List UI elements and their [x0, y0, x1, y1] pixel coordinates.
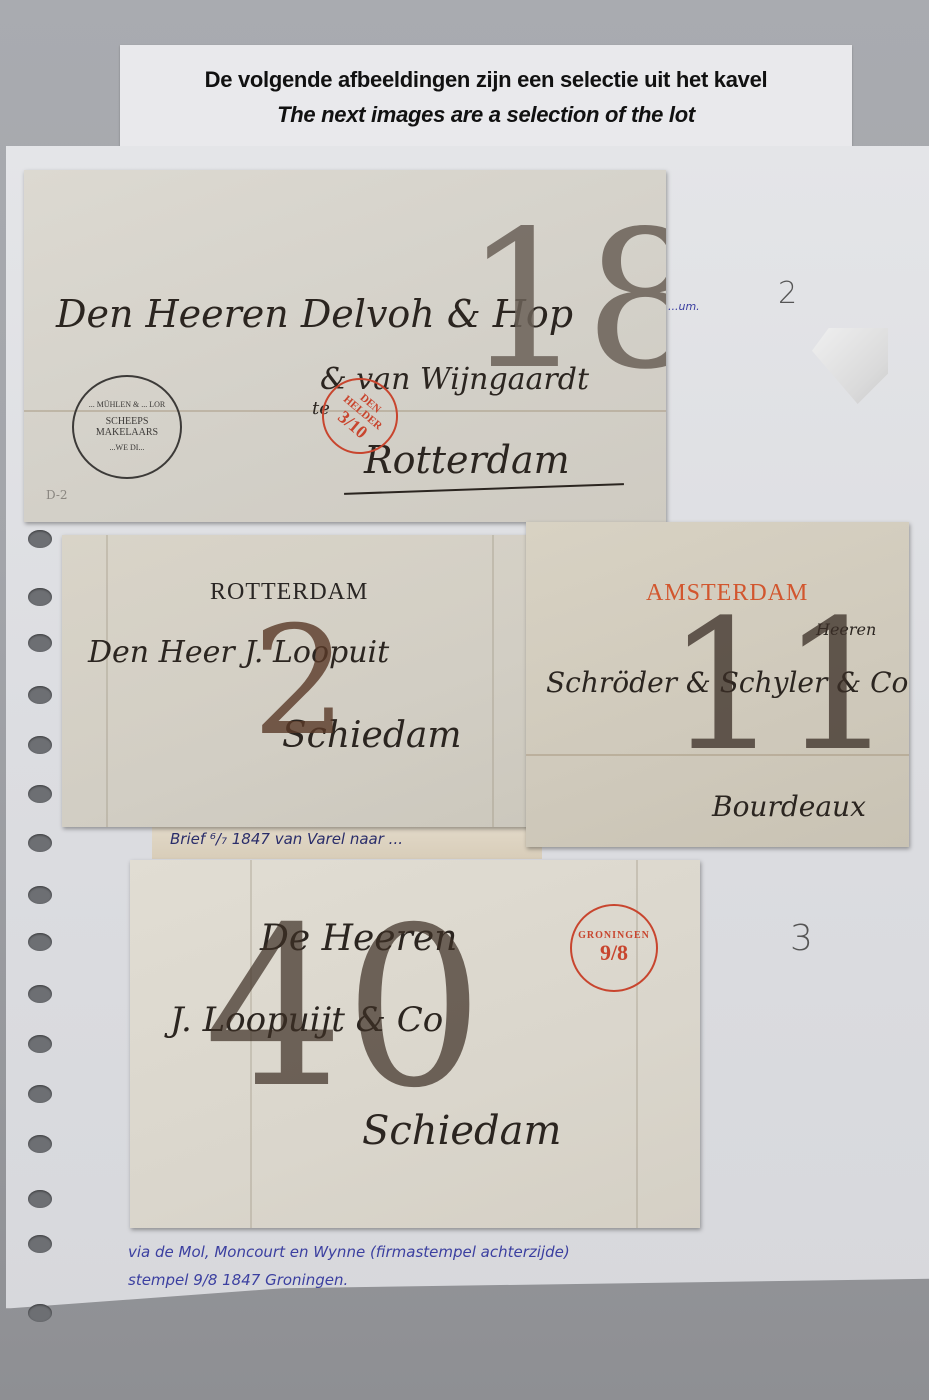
punch-hole	[28, 785, 52, 803]
cover1-pencil-note: D-2	[46, 488, 68, 502]
punch-hole	[28, 634, 52, 652]
punch-hole	[28, 1235, 52, 1253]
punch-hole	[28, 736, 52, 754]
punch-hole	[28, 1304, 52, 1322]
page-number-3: 3	[790, 918, 813, 959]
note-groningen-line1: via de Mol, Moncourt en Wynne (firmastem…	[128, 1243, 570, 1261]
punch-hole	[28, 1190, 52, 1208]
cover3-destination: Bourdeaux	[712, 790, 866, 823]
cover-groningen-schiedam: De Heeren J. Loopuijt & Co Schiedam 40 G…	[130, 860, 700, 1228]
cover4-postmark-groningen: GRONINGEN 9/8	[570, 904, 658, 992]
label-dutch: De volgende afbeeldingen zijn een select…	[120, 67, 852, 93]
cover-den-helder-rotterdam: Den Heeren Delvoh & Hop & van Wijngaardt…	[24, 170, 666, 522]
page-number-2: 2	[778, 276, 797, 311]
cover1-rate-mark: 18	[464, 190, 666, 411]
cover1-underline	[344, 483, 624, 495]
label-english: The next images are a selection of the l…	[120, 102, 852, 128]
cover4-rate-mark: 40	[204, 880, 484, 1136]
punch-hole	[28, 1135, 52, 1153]
punch-hole	[28, 886, 52, 904]
header-label-strip: De volgende afbeeldingen zijn een select…	[120, 45, 852, 153]
punch-hole	[28, 1035, 52, 1053]
cover-amsterdam-bordeaux: AMSTERDAM Heeren Schröder & Schyler & Co…	[526, 522, 909, 847]
punch-hole	[28, 1085, 52, 1103]
cover1-destination: Rotterdam	[364, 438, 570, 482]
punch-hole	[28, 834, 52, 852]
punch-hole	[28, 933, 52, 951]
punch-hole	[28, 588, 52, 606]
cover3-rate-mark: 11	[666, 582, 895, 791]
note-partial-top: ...um.	[668, 300, 700, 313]
cover-rotterdam-schiedam: ROTTERDAM Den Heer J. Loopuit Schiedam 2	[62, 535, 532, 827]
punch-hole	[28, 985, 52, 1003]
punch-hole	[28, 686, 52, 704]
note-groningen-line2: stempel 9/8 1847 Groningen.	[128, 1271, 348, 1289]
punch-hole	[28, 530, 52, 548]
note-brief-varel: Brief ⁶/₇ 1847 van Varel naar ...	[170, 830, 403, 848]
cover2-rate-mark: 2	[252, 595, 347, 769]
cover1-shipbroker-cachet: ... MÜHLEN & ... LOR SCHEEPS MAKELAARS .…	[72, 375, 182, 479]
